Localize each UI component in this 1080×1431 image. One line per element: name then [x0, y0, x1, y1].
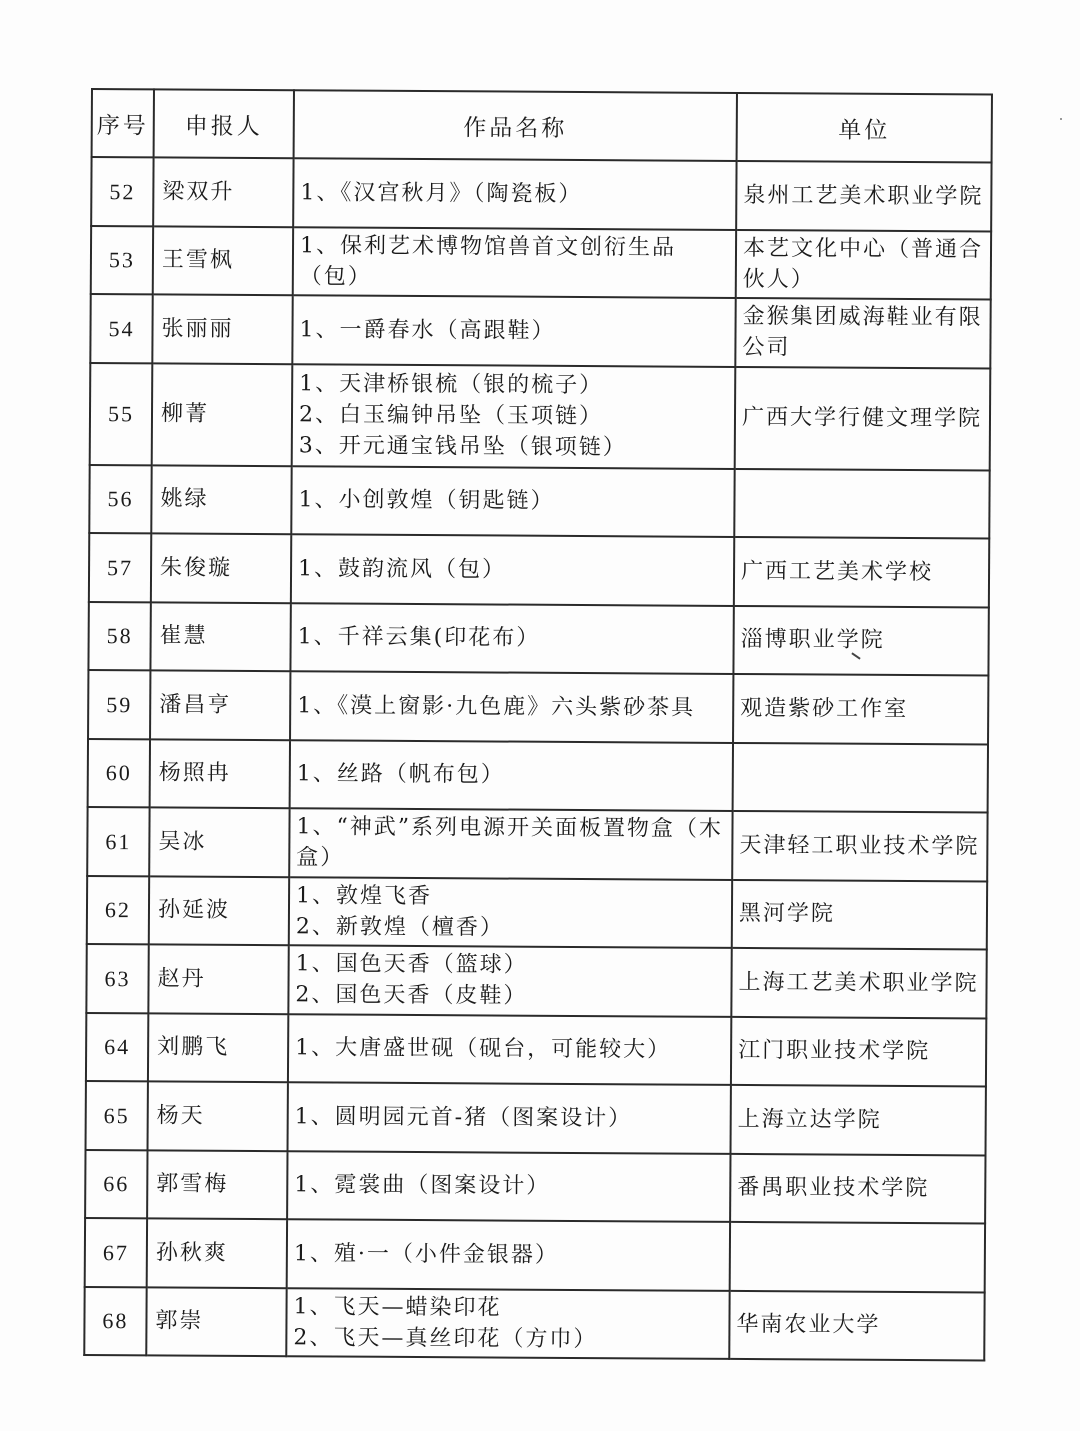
row-unit: 广西大学行健文理学院 — [735, 366, 991, 470]
work-title-line: 2、国色天香（皮鞋） — [295, 980, 730, 1014]
row-unit: 泉州工艺美术职业学院 — [736, 161, 991, 231]
row-applicant: 吴冰 — [149, 807, 289, 876]
work-title-line: 2、白玉编钟吊坠（玉项链） — [299, 399, 734, 433]
table-header-row: 序号 申报人 作品名称 单位 — [92, 89, 992, 162]
table-row: 53 王雪枫 1、保利艺术博物馆兽首文创衍生品（包） 本艺文化中心（普通合伙人） — [91, 226, 991, 300]
work-title-line: 1、国色天香（篮球） — [296, 949, 731, 983]
work-title-line: 1、殖·一（小件金银器） — [294, 1238, 729, 1272]
row-serial-number: 57 — [89, 533, 151, 602]
header-serial-number: 序号 — [92, 89, 154, 157]
row-applicant: 刘鹏飞 — [148, 1013, 288, 1082]
row-serial-number: 59 — [88, 670, 150, 739]
row-serial-number: 52 — [91, 157, 153, 226]
row-work-titles: 1、保利艺术博物馆兽首文创衍生品（包） — [293, 227, 736, 298]
row-serial-number: 60 — [88, 738, 150, 807]
row-work-titles: 1、国色天香（篮球） 2、国色天香（皮鞋） — [288, 945, 731, 1016]
row-unit: 观造紫砂工作室 — [733, 674, 988, 744]
table-row: 52 梁双升 1、《汉宫秋月》（陶瓷板） 泉州工艺美术职业学院 — [91, 157, 991, 231]
row-applicant: 柳菁 — [152, 363, 293, 466]
row-applicant: 潘昌亨 — [150, 670, 290, 739]
work-title-line: 1、《漠上窗影·九色鹿》六头紫砂茶具 — [297, 690, 732, 724]
table-row: 59 潘昌亨 1、《漠上窗影·九色鹿》六头紫砂茶具 观造紫砂工作室 — [88, 670, 988, 744]
table-row: 67 孙秋爽 1、殖·一（小件金银器） — [85, 1218, 985, 1292]
row-serial-number: 64 — [86, 1012, 148, 1081]
table-row: 61 吴冰 1、“神武”系列电源开关面板置物盒（木盒） 天津轻工职业技术学院 — [87, 807, 987, 881]
scanned-document-page: 序号 申报人 作品名称 单位 52 梁双升 1、《汉宫秋月》（陶瓷板） 泉州工艺… — [0, 0, 1080, 1431]
table-row: 60 杨照冉 1、丝路（帆布包） — [88, 738, 988, 812]
row-serial-number: 66 — [85, 1149, 147, 1218]
row-serial-number: 65 — [86, 1081, 148, 1150]
row-work-titles: 1、圆明园元首-猪（图案设计） — [288, 1082, 731, 1153]
row-work-titles: 1、鼓韵流风（包） — [291, 534, 734, 605]
work-title-line: 1、丝路（帆布包） — [297, 759, 732, 793]
row-unit: 天津轻工职业技术学院 — [732, 811, 987, 881]
row-work-titles: 1、小创敦煌（钥匙链） — [291, 466, 734, 537]
row-serial-number: 61 — [87, 807, 149, 876]
row-work-titles: 1、大唐盛世砚（砚台，可能较大） — [288, 1014, 731, 1085]
row-applicant: 郭崇 — [146, 1287, 286, 1356]
row-unit: 上海立达学院 — [731, 1085, 986, 1155]
table-row: 68 郭崇 1、飞天—蜡染印花 2、飞天—真丝印花（方巾） 华南农业大学 — [84, 1286, 984, 1360]
table-row: 64 刘鹏飞 1、大唐盛世砚（砚台，可能较大） 江门职业技术学院 — [86, 1012, 986, 1086]
row-applicant: 梁双升 — [153, 157, 293, 226]
work-title-line: 1、《汉宫秋月》（陶瓷板） — [300, 177, 735, 211]
row-applicant: 杨天 — [148, 1081, 288, 1150]
work-title-line: 1、飞天—蜡染印花 — [293, 1291, 728, 1325]
row-serial-number: 55 — [90, 363, 153, 465]
row-applicant: 孙秋爽 — [147, 1218, 287, 1287]
table-row: 56 姚绿 1、小创敦煌（钥匙链） — [89, 464, 989, 538]
row-work-titles: 1、天津桥银梳（银的梳子） 2、白玉编钟吊坠（玉项链） 3、开元通宝钱吊坠（银项… — [292, 364, 736, 469]
work-title-line: 2、飞天—真丝印花（方巾） — [293, 1322, 728, 1356]
work-title-line: 1、大唐盛世砚（砚台，可能较大） — [295, 1033, 730, 1067]
work-title-line: 2、新敦煌（檀香） — [296, 911, 731, 945]
row-unit: 番禺职业技术学院 — [730, 1153, 985, 1223]
work-title-line: 1、小创敦煌（钥匙链） — [298, 485, 733, 519]
row-work-titles: 1、丝路（帆布包） — [290, 740, 733, 811]
table-row: 54 张丽丽 1、一爵春水（高跟鞋） 金猴集团威海鞋业有限公司 — [90, 294, 990, 368]
row-unit: 广西工艺美术学校 — [734, 537, 989, 607]
header-unit: 单位 — [737, 93, 992, 163]
row-unit — [734, 468, 989, 538]
row-serial-number: 68 — [84, 1286, 146, 1355]
row-work-titles: 1、霓裳曲（图案设计） — [287, 1151, 730, 1222]
row-applicant: 姚绿 — [151, 465, 291, 534]
table-row: 58 崔慧 1、千祥云集(印花布） 淄博职业学院 — [88, 601, 988, 675]
row-unit — [733, 742, 988, 812]
row-work-titles: 1、一爵春水（高跟鞋） — [292, 295, 735, 366]
row-applicant: 崔慧 — [150, 602, 290, 671]
work-title-line: 1、一爵春水（高跟鞋） — [299, 314, 734, 348]
applicant-works-table: 序号 申报人 作品名称 单位 52 梁双升 1、《汉宫秋月》（陶瓷板） 泉州工艺… — [83, 88, 993, 1361]
row-applicant: 赵丹 — [148, 944, 288, 1013]
row-unit: 黑河学院 — [732, 879, 987, 949]
row-work-titles: 1、千祥云集(印花布） — [290, 603, 733, 674]
work-title-line: 1、保利艺术博物馆兽首文创衍生品（包） — [300, 230, 735, 295]
header-work-title: 作品名称 — [294, 90, 737, 161]
row-applicant: 郭雪梅 — [147, 1150, 287, 1219]
header-applicant: 申报人 — [154, 89, 294, 158]
row-serial-number: 67 — [85, 1218, 147, 1287]
row-unit: 淄博职业学院 — [733, 605, 988, 675]
row-applicant: 王雪枫 — [153, 226, 293, 295]
row-serial-number: 53 — [91, 226, 153, 295]
table-row: 55 柳菁 1、天津桥银梳（银的梳子） 2、白玉编钟吊坠（玉项链） 3、开元通宝… — [90, 363, 991, 470]
work-title-line: 1、敦煌飞香 — [296, 880, 731, 914]
row-unit — [730, 1222, 985, 1292]
row-applicant: 朱俊璇 — [151, 533, 291, 602]
table-row: 63 赵丹 1、国色天香（篮球） 2、国色天香（皮鞋） 上海工艺美术职业学院 — [86, 944, 986, 1018]
row-serial-number: 54 — [90, 294, 152, 363]
row-serial-number: 63 — [86, 944, 148, 1013]
table-row: 57 朱俊璇 1、鼓韵流风（包） 广西工艺美术学校 — [89, 533, 989, 607]
table-row: 62 孙延波 1、敦煌飞香 2、新敦煌（檀香） 黑河学院 — [87, 875, 987, 949]
row-work-titles: 1、《漠上窗影·九色鹿》六头紫砂茶具 — [290, 671, 733, 742]
row-work-titles: 1、殖·一（小件金银器） — [287, 1219, 730, 1290]
row-unit: 上海工艺美术职业学院 — [731, 948, 986, 1018]
work-title-line: 1、圆明园元首-猪（图案设计） — [295, 1101, 730, 1135]
work-title-line: 1、鼓韵流风（包） — [298, 553, 733, 587]
work-title-line: 1、霓裳曲（图案设计） — [294, 1170, 729, 1204]
row-serial-number: 56 — [89, 464, 151, 533]
work-title-line: 1、千祥云集(印花布） — [298, 622, 733, 656]
work-title-line: 1、天津桥银梳（银的梳子） — [299, 368, 734, 402]
row-applicant: 杨照冉 — [150, 739, 290, 808]
row-work-titles: 1、“神武”系列电源开关面板置物盒（木盒） — [289, 808, 732, 879]
table-body: 52 梁双升 1、《汉宫秋月》（陶瓷板） 泉州工艺美术职业学院 53 王雪枫 1… — [84, 157, 991, 1360]
scan-speck — [1060, 118, 1062, 120]
table-row: 65 杨天 1、圆明园元首-猪（图案设计） 上海立达学院 — [86, 1081, 986, 1155]
work-title-line: 1、“神武”系列电源开关面板置物盒（木盒） — [296, 812, 731, 877]
row-applicant: 孙延波 — [149, 876, 289, 945]
row-serial-number: 58 — [88, 601, 150, 670]
row-unit: 华南农业大学 — [729, 1290, 984, 1360]
row-work-titles: 1、《汉宫秋月》（陶瓷板） — [293, 158, 736, 229]
row-work-titles: 1、飞天—蜡染印花 2、飞天—真丝印花（方巾） — [286, 1288, 729, 1359]
row-unit: 金猴集团威海鞋业有限公司 — [735, 298, 990, 368]
table-row: 66 郭雪梅 1、霓裳曲（图案设计） 番禺职业技术学院 — [85, 1149, 985, 1223]
row-serial-number: 62 — [87, 875, 149, 944]
work-title-line: 3、开元通宝钱吊坠（银项链） — [299, 430, 734, 464]
row-unit: 本艺文化中心（普通合伙人） — [736, 229, 991, 299]
row-applicant: 张丽丽 — [152, 294, 292, 363]
row-unit: 江门职业技术学院 — [731, 1016, 986, 1086]
row-work-titles: 1、敦煌飞香 2、新敦煌（檀香） — [289, 877, 732, 948]
